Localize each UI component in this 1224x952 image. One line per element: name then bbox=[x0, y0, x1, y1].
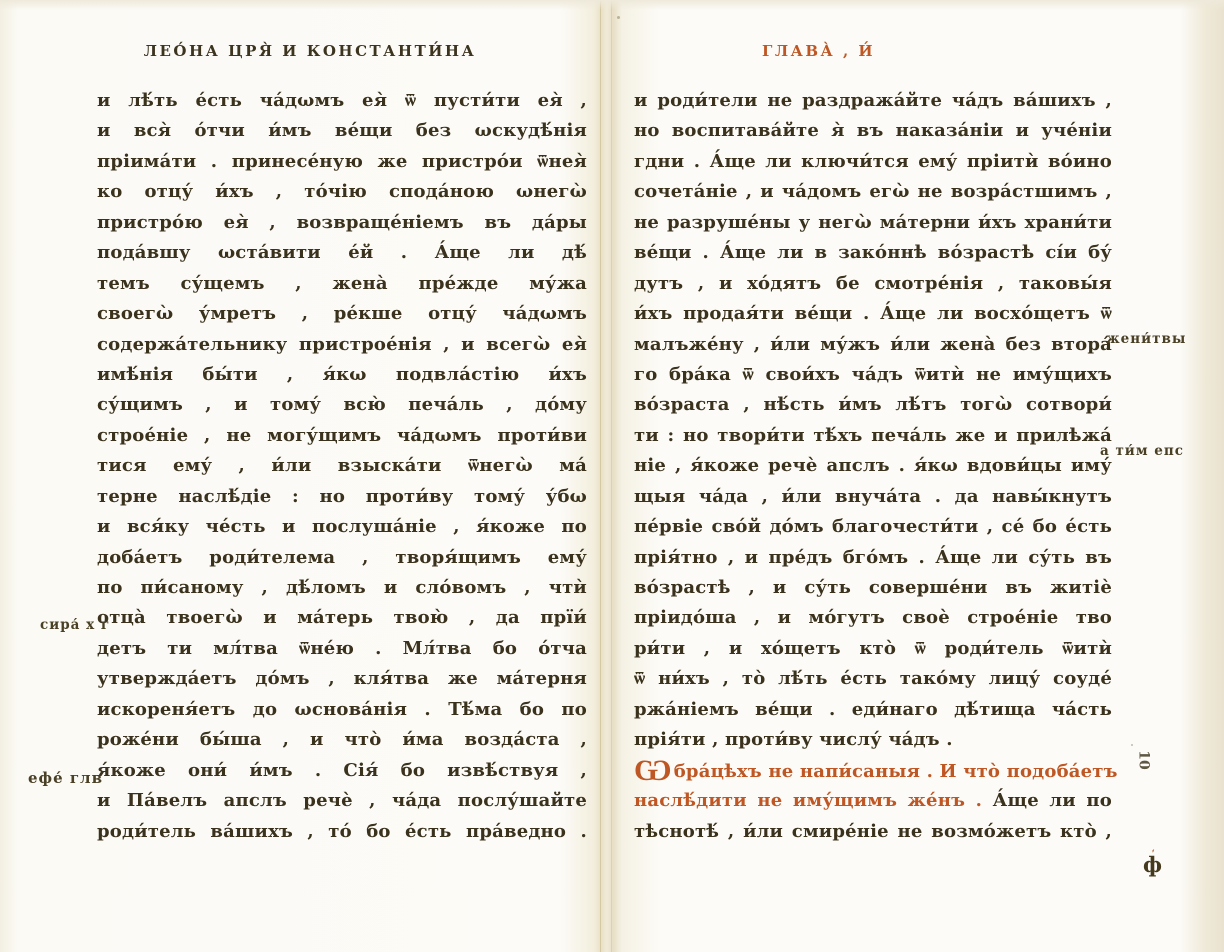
rubric-text: бра́цѣхъ не напи́саныя . И что̀ подоба́е… bbox=[674, 761, 1118, 782]
text-line: пе́рвіе сво́й до́мъ благочести́ти , се́ … bbox=[634, 512, 1112, 542]
text-line: строе́ніе , не могу́щимъ ча́дωмъ проти́в… bbox=[97, 421, 587, 451]
text-line: имѣ́нія бы́ти , я́кω подвла́стію и́хъ bbox=[97, 360, 587, 390]
text-line: малъже́ну , и́ли му́жъ и́ли жена̀ без вт… bbox=[634, 330, 1112, 360]
text-line: тѣснотѣ́ , и́ли смире́ніе не возмо́жетъ … bbox=[634, 817, 1112, 847]
text-line: и́хъ продая́ти ве́щи . А́ще ли восхо́щет… bbox=[634, 299, 1112, 329]
text-line: пріима́ти . принесе́ную же пристро́и ѿне… bbox=[97, 147, 587, 177]
text-line: су́щимъ , и тому́ всю̀ печа́ль , до́му bbox=[97, 390, 587, 420]
right-page-chapter-heading: ГЛАВА̀ , И́ bbox=[762, 42, 875, 60]
text-line: и Па́велъ апслъ речѐ , ча́да послу́шайте bbox=[97, 786, 587, 816]
text-line: ри́ти , и хо́щетъ кто̀ ѿ роди́тель ѿитѝ bbox=[634, 634, 1112, 664]
paper-speck bbox=[617, 16, 620, 19]
folio-number-mark: ф bbox=[1143, 854, 1162, 875]
book-scan-sheet: ЛЕО́НА ЦРЯ̀ И КОНСТАНТИ́НА и лѣ́ть е́сть… bbox=[0, 0, 1224, 952]
margin-reference-timothy: а ти́м епс bbox=[1100, 443, 1184, 459]
left-page-text-block: и лѣ́ть е́сть ча́дωмъ ея̀ ѿ пусти́ти ея̀… bbox=[97, 86, 587, 847]
text-line: терне наслѣ́діе : но проти́ву тому́ у́бω bbox=[97, 482, 587, 512]
text-line: темъ су́щемъ , жена̀ пре́жде му́жа bbox=[97, 269, 587, 299]
text-run: А́ще ли по bbox=[993, 790, 1112, 811]
text-line: гдни . А́ще ли ключи́тся ему́ пріитѝ во́… bbox=[634, 147, 1112, 177]
margin-reference-sirach: сира́ х г bbox=[40, 617, 110, 633]
text-line: и роди́тели не раздража́йте ча́дъ ва́ших… bbox=[634, 86, 1112, 116]
text-line: ве́щи . А́ще ли в зако́ннѣ во́зрастѣ сі́… bbox=[634, 238, 1112, 268]
text-line: и вся́ку че́сть и послуша́ніе , я́коже п… bbox=[97, 512, 587, 542]
text-line: ніе , я́коже речѐ апслъ . я́кω вдови́цы … bbox=[634, 451, 1112, 481]
paper-speck bbox=[1131, 744, 1133, 746]
text-line: отца̀ твоегὼ и ма́терь твою̀ , да прїи́ bbox=[97, 603, 587, 633]
quire-signature-mark: 10 bbox=[1136, 750, 1152, 769]
margin-reference-ephesians: ефе́ глв bbox=[28, 769, 103, 787]
text-line: ѿ ни́хъ , то̀ лѣ́ть е́сть тако́му лицу́ … bbox=[634, 664, 1112, 694]
text-line: и вся̀ о́тчи и́мъ ве́щи без ωскудѣ́нія bbox=[97, 116, 587, 146]
text-line: прія́ти , проти́ву числу́ ча́дъ . bbox=[634, 725, 1112, 755]
right-page-text-block: и роди́тели не раздража́йте ча́дъ ва́ших… bbox=[634, 86, 1112, 847]
rubric-initial-letter: Ѡ bbox=[634, 753, 674, 788]
text-line: своегὼ у́мретъ , ре́кше отцу́ ча́дωмъ bbox=[97, 299, 587, 329]
text-line: во́зрастѣ , и су́ть соверше́ни въ житіѐ bbox=[634, 573, 1112, 603]
text-line: и лѣ́ть е́сть ча́дωмъ ея̀ ѿ пусти́ти ея̀… bbox=[97, 86, 587, 116]
text-line: но воспитава́йте я̀ въ наказа́ніи и уче́… bbox=[634, 116, 1112, 146]
text-line: щыя ча́да , и́ли внуча́та . да навы́кнут… bbox=[634, 482, 1112, 512]
rubric-line: Ѡбра́цѣхъ не напи́саныя . И что̀ подоба́… bbox=[634, 756, 1112, 786]
text-line: не разруше́ны у негὼ ма́терни и́хъ храни… bbox=[634, 208, 1112, 238]
binding-gutter-line bbox=[611, 0, 612, 952]
text-line: ржа́ніемъ ве́щи . еди́наго дѣ́тища ча́ст… bbox=[634, 695, 1112, 725]
text-line: тися ему́ , и́ли взыска́ти ѿнегὼ ма́ bbox=[97, 451, 587, 481]
text-line: детъ ти мл́тва ѿне́ю . Мл́тва бо о́тча bbox=[97, 634, 587, 664]
text-line: пріидо́ша , и мо́гутъ своѐ строе́ніе тво bbox=[634, 603, 1112, 633]
text-line: пристро́ю ея̀ , возвраще́ніемъ въ да́ры bbox=[97, 208, 587, 238]
text-line: прія́тно , и пре́дъ бго́мъ . А́ще ли су́… bbox=[634, 543, 1112, 573]
text-line: пода́вшу ωста́вити е́й . А́ще ли дѣ́ bbox=[97, 238, 587, 268]
margin-gloss-marriages: жени́твы bbox=[1106, 331, 1186, 347]
text-line: ко отцу́ и́хъ , то́чію спода́ною ωнегὼ bbox=[97, 177, 587, 207]
text-line: содержа́тельнику пристрое́нія , и всегὼ … bbox=[97, 330, 587, 360]
text-line: роди́тель ва́шихъ , то́ бо е́сть пра́вед… bbox=[97, 817, 587, 847]
text-line: ти : но твори́ти тѣ́хъ печа́ль же и прил… bbox=[634, 421, 1112, 451]
text-line: дутъ , и хо́дятъ бе смотре́нія , таковы́… bbox=[634, 269, 1112, 299]
left-page-running-title: ЛЕО́НА ЦРЯ̀ И КОНСТАНТИ́НА bbox=[60, 42, 560, 60]
text-line: доба́етъ роди́телема , творя́щимъ ему́ bbox=[97, 543, 587, 573]
rubric-text: наслѣ́дити не иму́щимъ же́нъ . bbox=[634, 790, 982, 811]
binding-gutter-line bbox=[600, 0, 601, 952]
text-line: роже́ни бы́ша , и что̀ и́ма возда́ста , bbox=[97, 725, 587, 755]
text-line: во́зраста , нѣ́сть и́мъ лѣ́тъ тогὼ сотво… bbox=[634, 390, 1112, 420]
text-line: я́коже они́ и́мъ . Сія́ бо извѣ́ствуя , bbox=[97, 756, 587, 786]
text-line: го бра́ка ѿ свои́хъ ча́дъ ѿитѝ не иму́щи… bbox=[634, 360, 1112, 390]
rubric-line: наслѣ́дити не иму́щимъ же́нъ . А́ще ли п… bbox=[634, 786, 1112, 816]
text-line: искореня́етъ до ωснова́нія . Тѣ́ма бо по bbox=[97, 695, 587, 725]
text-line: по пи́саному , дѣ́ломъ и сло́вомъ , чтѝ bbox=[97, 573, 587, 603]
text-line: сочета́ніе , и ча́домъ егὼ не возра́стши… bbox=[634, 177, 1112, 207]
text-line: утвержда́етъ до́мъ , кля́тва же ма́терня bbox=[97, 664, 587, 694]
